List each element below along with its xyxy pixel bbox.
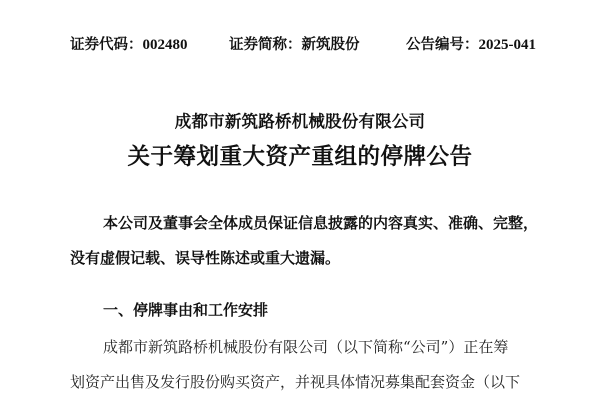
section-heading: 一、停牌事由和工作安排 — [103, 299, 268, 320]
statement-line-2: 没有虚假记载、误导性陈述或重大遗漏。 — [70, 247, 340, 268]
company-name: 成都市新筑路桥机械股份有限公司 — [0, 108, 600, 132]
paragraph-line-2: 划资产出售及发行股份购买资产，并视具体情况募集配套资金（以下 — [70, 371, 520, 392]
notice-number-value: 2025-041 — [479, 37, 537, 53]
security-code: 证券代码：002480 — [70, 33, 188, 54]
security-abbreviation-label: 证券简称： — [229, 37, 302, 53]
security-abbreviation: 证券简称：新筑股份 — [229, 33, 360, 54]
security-code-label: 证券代码： — [70, 37, 143, 53]
paragraph-line-1: 成都市新筑路桥机械股份有限公司（以下简称“公司”）正在筹 — [103, 336, 508, 357]
security-abbreviation-value: 新筑股份 — [302, 37, 360, 53]
security-code-value: 002480 — [143, 37, 188, 53]
document-title: 关于筹划重大资产重组的停牌公告 — [0, 139, 600, 171]
notice-number: 公告编号：2025-041 — [406, 33, 536, 54]
notice-number-label: 公告编号： — [406, 37, 479, 53]
statement-line-1: 本公司及董事会全体成员保证信息披露的内容真实、准确、完整， — [103, 212, 538, 233]
